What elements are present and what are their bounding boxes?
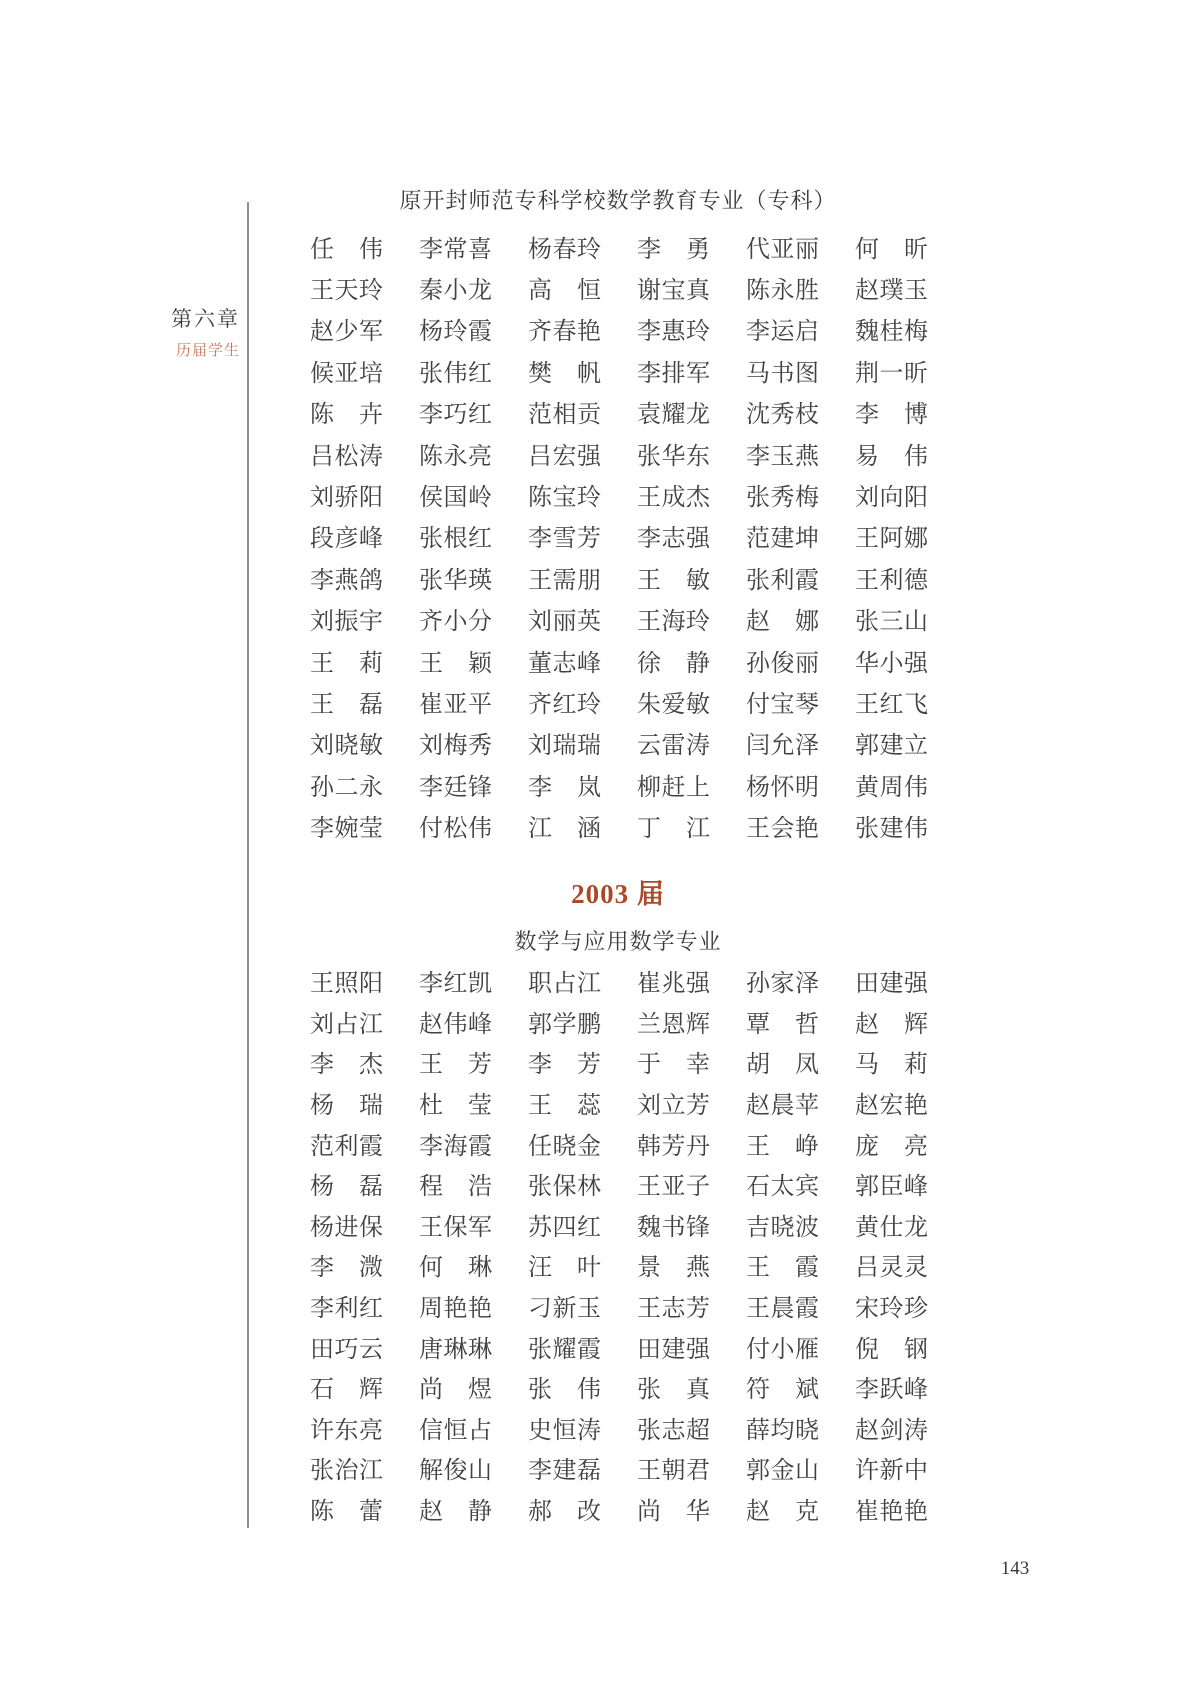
student-name: 吉晓波 — [746, 1216, 819, 1240]
student-name: 赵克 — [746, 1500, 819, 1524]
student-name: 沈秀枝 — [746, 403, 819, 427]
student-name: 王天玲 — [310, 279, 383, 303]
student-name: 徐静 — [637, 652, 710, 676]
student-name: 王亚子 — [637, 1175, 710, 1199]
student-name: 李利红 — [310, 1297, 383, 1321]
student-name: 崔亚平 — [419, 693, 492, 717]
student-name: 石太宾 — [746, 1175, 819, 1199]
student-name: 樊帆 — [528, 362, 601, 386]
student-name: 李廷锋 — [419, 776, 492, 800]
student-name: 刁新玉 — [528, 1297, 601, 1321]
student-name: 韩芳丹 — [637, 1135, 710, 1159]
student-name: 马莉 — [855, 1053, 928, 1077]
student-name: 王红飞 — [855, 693, 928, 717]
student-name: 庞亮 — [855, 1135, 928, 1159]
student-name: 赵宏艳 — [855, 1094, 928, 1118]
student-name: 何琳 — [419, 1256, 492, 1280]
student-name: 孙俊丽 — [746, 652, 819, 676]
student-name: 尚煜 — [419, 1378, 492, 1402]
student-name: 杨玲霞 — [419, 320, 492, 344]
student-name: 张治江 — [310, 1459, 383, 1483]
student-name: 崔兆强 — [637, 972, 710, 996]
student-name: 史恒涛 — [528, 1419, 601, 1443]
student-name: 李燕鸽 — [310, 569, 383, 593]
student-name: 解俊山 — [419, 1459, 492, 1483]
chapter-section-label: 历届学生 — [90, 339, 240, 360]
student-name: 李海霞 — [419, 1135, 492, 1159]
student-name: 李岚 — [528, 776, 601, 800]
student-name: 王照阳 — [310, 972, 383, 996]
student-name: 孙家泽 — [746, 972, 819, 996]
student-name: 杨怀明 — [746, 776, 819, 800]
section1-title: 原开封师范专科学校数学教育专业（专科） — [310, 184, 926, 215]
student-name: 丁江 — [637, 817, 710, 841]
student-name: 王志芳 — [637, 1297, 710, 1321]
student-name: 田建强 — [855, 972, 928, 996]
student-name: 付宝琴 — [746, 693, 819, 717]
student-name: 李常喜 — [419, 238, 492, 262]
student-name: 张华瑛 — [419, 569, 492, 593]
student-name: 朱爱敏 — [637, 693, 710, 717]
student-name: 杜莹 — [419, 1094, 492, 1118]
student-name: 段彦峰 — [310, 527, 383, 551]
student-name: 张志超 — [637, 1419, 710, 1443]
student-name: 郭建立 — [855, 734, 928, 758]
student-name: 王颖 — [419, 652, 492, 676]
student-name: 李志强 — [637, 527, 710, 551]
student-name: 王朝君 — [637, 1459, 710, 1483]
student-name: 程浩 — [419, 1175, 492, 1199]
student-name: 李惠玲 — [637, 320, 710, 344]
student-name: 吕宏强 — [528, 445, 601, 469]
student-name: 李巧红 — [419, 403, 492, 427]
student-name: 高恒 — [528, 279, 601, 303]
chapter-label: 第六章 — [90, 303, 240, 333]
student-name: 杨瑞 — [310, 1094, 383, 1118]
section2-name-grid: 王照阳李红凯职占江崔兆强孙家泽田建强刘占江赵伟峰郭学鹏兰恩辉覃哲赵辉李杰王芳李芳… — [310, 964, 928, 1532]
student-name: 王峥 — [746, 1135, 819, 1159]
student-name: 李运启 — [746, 320, 819, 344]
section2-title: 数学与应用数学专业 — [310, 925, 926, 956]
student-name: 云雷涛 — [637, 734, 710, 758]
student-name: 石辉 — [310, 1378, 383, 1402]
student-name: 张保林 — [528, 1175, 601, 1199]
student-name: 李芳 — [528, 1053, 601, 1077]
student-name: 唐琳琳 — [419, 1338, 492, 1362]
student-name: 李杰 — [310, 1053, 383, 1077]
student-name: 覃哲 — [746, 1013, 819, 1037]
student-name: 尚华 — [637, 1500, 710, 1524]
student-name: 张秀梅 — [746, 486, 819, 510]
page-number: 143 — [988, 1558, 1042, 1580]
student-name: 赵晨苹 — [746, 1094, 819, 1118]
student-name: 李排军 — [637, 362, 710, 386]
student-name: 许东亮 — [310, 1419, 383, 1443]
student-name: 李勇 — [637, 238, 710, 262]
student-name: 赵剑涛 — [855, 1419, 928, 1443]
student-name: 王保军 — [419, 1216, 492, 1240]
student-name: 王莉 — [310, 652, 383, 676]
student-name: 赵少军 — [310, 320, 383, 344]
student-name: 江涵 — [528, 817, 601, 841]
student-name: 李雪芳 — [528, 527, 601, 551]
student-name: 任晓金 — [528, 1135, 601, 1159]
student-name: 陈永亮 — [419, 445, 492, 469]
student-name: 李婉莹 — [310, 817, 383, 841]
student-name: 陈宝玲 — [528, 486, 601, 510]
student-name: 张华东 — [637, 445, 710, 469]
student-name: 王蕊 — [528, 1094, 601, 1118]
student-name: 侯国岭 — [419, 486, 492, 510]
student-name: 秦小龙 — [419, 279, 492, 303]
student-name: 何昕 — [855, 238, 928, 262]
student-name: 李博 — [855, 403, 928, 427]
student-name: 王晨霞 — [746, 1297, 819, 1321]
student-name: 王会艳 — [746, 817, 819, 841]
student-name: 倪钢 — [855, 1338, 928, 1362]
section1-name-grid: 任伟李常喜杨春玲李勇代亚丽何昕王天玲秦小龙高恒谢宝真陈永胜赵璞玉赵少军杨玲霞齐春… — [310, 229, 928, 850]
student-name: 范建坤 — [746, 527, 819, 551]
student-name: 王需朋 — [528, 569, 601, 593]
student-name: 张伟红 — [419, 362, 492, 386]
student-name: 马书图 — [746, 362, 819, 386]
student-name: 薛均晓 — [746, 1419, 819, 1443]
student-name: 李溦 — [310, 1256, 383, 1280]
student-name: 张伟 — [528, 1378, 601, 1402]
student-name: 郭学鹏 — [528, 1013, 601, 1037]
student-name: 谢宝真 — [637, 279, 710, 303]
student-name: 崔艳艳 — [855, 1500, 928, 1524]
student-name: 苏四红 — [528, 1216, 601, 1240]
student-name: 魏书锋 — [637, 1216, 710, 1240]
student-name: 齐红玲 — [528, 693, 601, 717]
student-name: 闫允泽 — [746, 734, 819, 758]
student-name: 任伟 — [310, 238, 383, 262]
student-name: 田建强 — [637, 1338, 710, 1362]
student-name: 陈蕾 — [310, 1500, 383, 1524]
student-name: 李建磊 — [528, 1459, 601, 1483]
student-name: 陈永胜 — [746, 279, 819, 303]
student-name: 袁耀龙 — [637, 403, 710, 427]
student-name: 郭金山 — [746, 1459, 819, 1483]
student-name: 符斌 — [746, 1378, 819, 1402]
book-page: 第六章 历届学生 原开封师范专科学校数学教育专业（专科） 任伟李常喜杨春玲李勇代… — [0, 0, 1190, 1684]
student-name: 王阿娜 — [855, 527, 928, 551]
student-name: 付松伟 — [419, 817, 492, 841]
student-name: 张耀霞 — [528, 1338, 601, 1362]
student-name: 赵娜 — [746, 610, 819, 634]
student-name: 范相贡 — [528, 403, 601, 427]
student-name: 赵璞玉 — [855, 279, 928, 303]
student-name: 王敏 — [637, 569, 710, 593]
student-name: 范利霞 — [310, 1135, 383, 1159]
student-name: 刘占江 — [310, 1013, 383, 1037]
student-name: 黄仕龙 — [855, 1216, 928, 1240]
student-name: 易伟 — [855, 445, 928, 469]
student-name: 刘瑞瑞 — [528, 734, 601, 758]
student-name: 齐春艳 — [528, 320, 601, 344]
student-name: 张建伟 — [855, 817, 928, 841]
student-name: 张利霞 — [746, 569, 819, 593]
student-name: 王成杰 — [637, 486, 710, 510]
student-name: 王海玲 — [637, 610, 710, 634]
student-name: 齐小分 — [419, 610, 492, 634]
student-name: 许新中 — [855, 1459, 928, 1483]
student-name: 刘丽英 — [528, 610, 601, 634]
student-name: 李玉燕 — [746, 445, 819, 469]
student-name: 兰恩辉 — [637, 1013, 710, 1037]
student-name: 吕灵灵 — [855, 1256, 928, 1280]
student-name: 汪叶 — [528, 1256, 601, 1280]
student-name: 付小雁 — [746, 1338, 819, 1362]
student-name: 黄周伟 — [855, 776, 928, 800]
student-name: 张真 — [637, 1378, 710, 1402]
student-name: 刘晓敏 — [310, 734, 383, 758]
student-name: 魏桂梅 — [855, 320, 928, 344]
student-name: 宋玲珍 — [855, 1297, 928, 1321]
student-name: 候亚培 — [310, 362, 383, 386]
student-name: 王芳 — [419, 1053, 492, 1077]
student-name: 陈卉 — [310, 403, 383, 427]
student-name: 刘立芳 — [637, 1094, 710, 1118]
student-name: 杨春玲 — [528, 238, 601, 262]
student-name: 杨进保 — [310, 1216, 383, 1240]
student-name: 赵伟峰 — [419, 1013, 492, 1037]
student-name: 郭臣峰 — [855, 1175, 928, 1199]
student-name: 杨磊 — [310, 1175, 383, 1199]
student-name: 于幸 — [637, 1053, 710, 1077]
student-name: 孙二永 — [310, 776, 383, 800]
student-name: 赵静 — [419, 1500, 492, 1524]
student-name: 王利德 — [855, 569, 928, 593]
student-name: 王霞 — [746, 1256, 819, 1280]
student-name: 李跃峰 — [855, 1378, 928, 1402]
student-name: 华小强 — [855, 652, 928, 676]
student-name: 代亚丽 — [746, 238, 819, 262]
student-name: 吕松涛 — [310, 445, 383, 469]
student-name: 郝改 — [528, 1500, 601, 1524]
sidebar-divider-line — [247, 202, 249, 1528]
student-name: 董志峰 — [528, 652, 601, 676]
student-name: 赵辉 — [855, 1013, 928, 1037]
student-name: 张根红 — [419, 527, 492, 551]
student-name: 王磊 — [310, 693, 383, 717]
student-name: 李红凯 — [419, 972, 492, 996]
student-name: 刘梅秀 — [419, 734, 492, 758]
student-name: 柳赶上 — [637, 776, 710, 800]
student-name: 刘振宇 — [310, 610, 383, 634]
year-heading: 2003 届 — [310, 872, 926, 911]
student-name: 信恒占 — [419, 1419, 492, 1443]
student-name: 职占江 — [528, 972, 601, 996]
student-name: 刘向阳 — [855, 486, 928, 510]
student-name: 张三山 — [855, 610, 928, 634]
student-name: 刘骄阳 — [310, 486, 383, 510]
student-name: 胡凤 — [746, 1053, 819, 1077]
student-name: 田巧云 — [310, 1338, 383, 1362]
student-name: 景燕 — [637, 1256, 710, 1280]
student-name: 荆一昕 — [855, 362, 928, 386]
student-name: 周艳艳 — [419, 1297, 492, 1321]
